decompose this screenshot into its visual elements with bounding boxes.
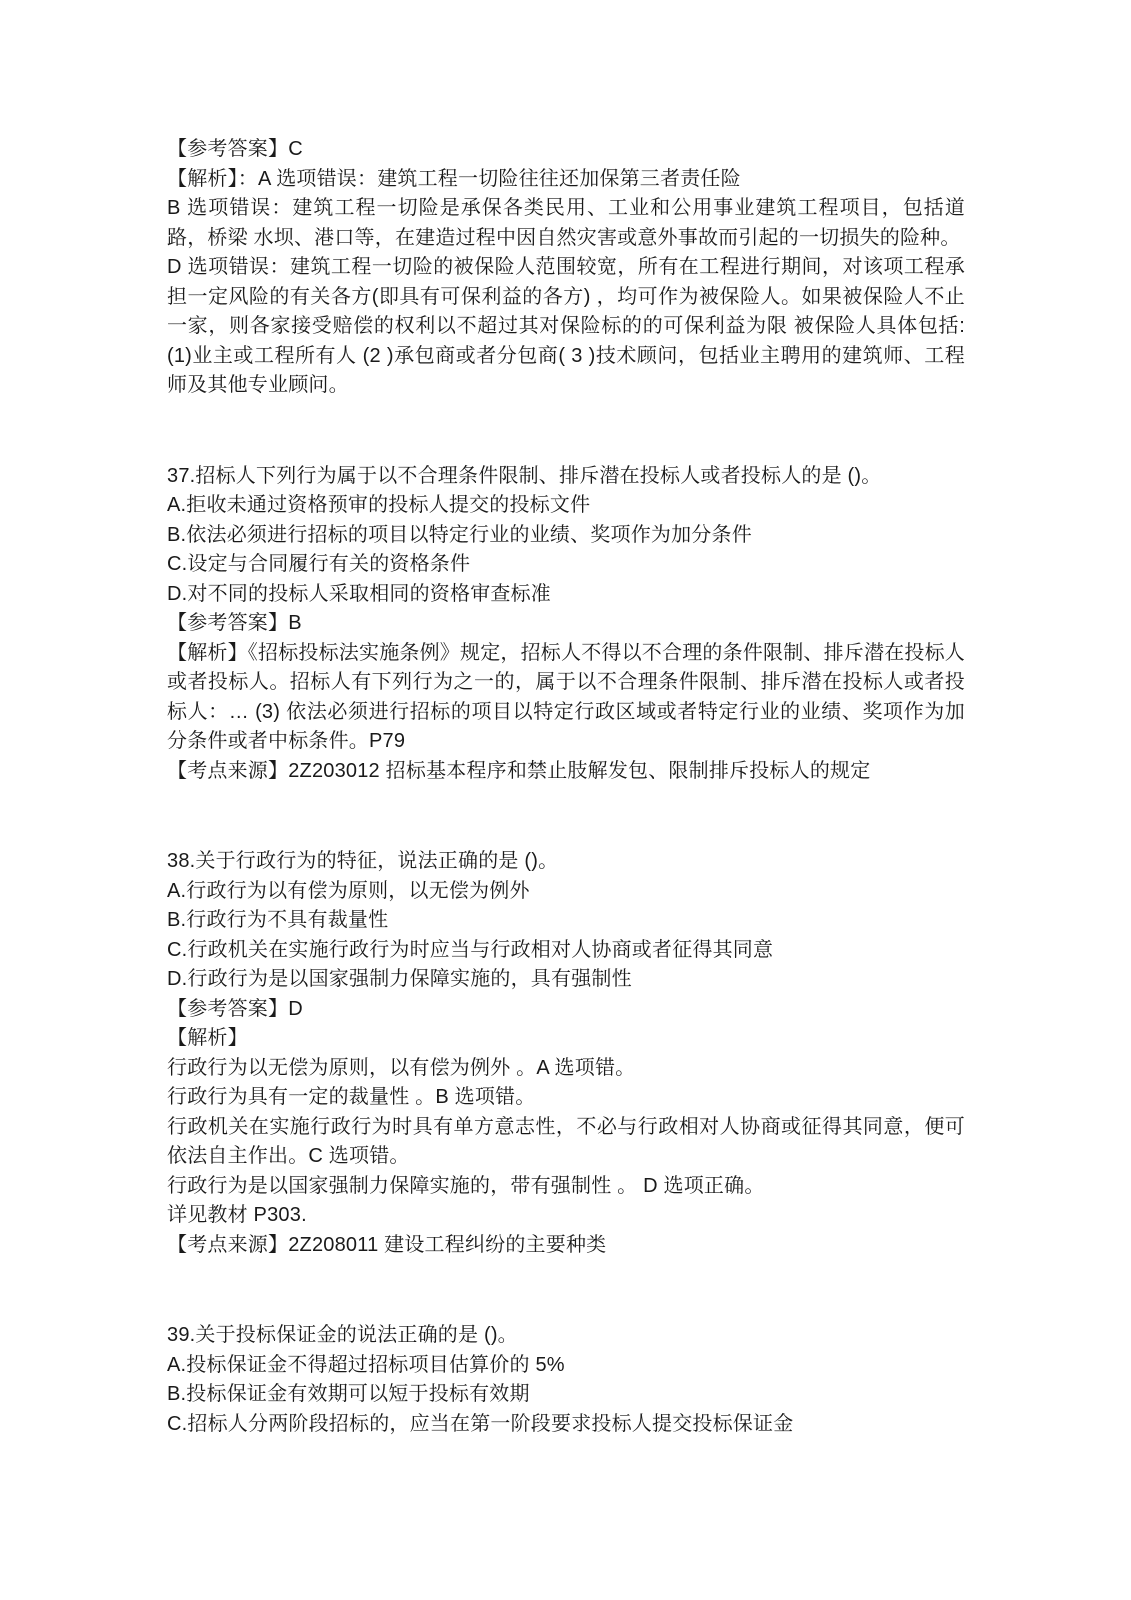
question-37-block: 37.招标人下列行为属于以不合理条件限制、排斥潜在投标人或者投标人的是 ()。 … [167, 462, 965, 787]
q37-option-a: A.拒收未通过资格预审的投标人提交的投标文件 [167, 491, 965, 521]
q37-analysis: 【解析】《招标投标法实施条例》规定，招标人不得以不合理的条件限制、排斥潜在投标人… [167, 639, 965, 757]
q38-analysis-option-d: 行政行为是以国家强制力保障实施的，带有强制性 。 D 选项正确。 [167, 1172, 965, 1202]
q36-reference-answer: 【参考答案】C [167, 135, 965, 165]
q39-stem: 39.关于投标保证金的说法正确的是 ()。 [167, 1321, 965, 1351]
q37-source: 【考点来源】2Z203012 招标基本程序和禁止肢解发包、限制排斥投标人的规定 [167, 757, 965, 787]
q38-source: 【考点来源】2Z208011 建设工程纠纷的主要种类 [167, 1231, 965, 1261]
q38-textbook-reference: 详见教材 P303. [167, 1201, 965, 1231]
question-38-block: 38.关于行政行为的特征，说法正确的是 ()。 A.行政行为以有偿为原则，以无偿… [167, 847, 965, 1260]
q38-analysis-label: 【解析】 [167, 1024, 965, 1054]
q39-option-b: B.投标保证金有效期可以短于投标有效期 [167, 1380, 965, 1410]
q38-option-d: D.行政行为是以国家强制力保障实施的，具有强制性 [167, 965, 965, 995]
q36-analysis-option-b: B 选项错误：建筑工程一切险是承保各类民用、工业和公用事业建筑工程项目，包括道路… [167, 194, 965, 253]
q38-option-b: B.行政行为不具有裁量性 [167, 906, 965, 936]
q37-option-b: B.依法必须进行招标的项目以特定行业的业绩、奖项作为加分条件 [167, 521, 965, 551]
page-content: 【参考答案】C 【解析】：A 选项错误：建筑工程一切险往往还加保第三者责任险 B… [167, 135, 965, 1439]
q37-option-c: C.设定与合同履行有关的资格条件 [167, 550, 965, 580]
q38-analysis-option-a: 行政行为以无偿为原则，以有偿为例外 。A 选项错。 [167, 1054, 965, 1084]
document-page: 【参考答案】C 【解析】：A 选项错误：建筑工程一切险往往还加保第三者责任险 B… [0, 0, 1131, 1600]
q38-analysis-option-c: 行政机关在实施行政行为时具有单方意志性，不必与行政相对人协商或征得其同意，便可依… [167, 1113, 965, 1172]
q39-option-a: A.投标保证金不得超过招标项目估算价的 5% [167, 1351, 965, 1381]
question-39-block: 39.关于投标保证金的说法正确的是 ()。 A.投标保证金不得超过招标项目估算价… [167, 1321, 965, 1439]
q38-stem: 38.关于行政行为的特征，说法正确的是 ()。 [167, 847, 965, 877]
q38-reference-answer: 【参考答案】D [167, 995, 965, 1025]
q37-reference-answer: 【参考答案】B [167, 609, 965, 639]
q37-stem: 37.招标人下列行为属于以不合理条件限制、排斥潜在投标人或者投标人的是 ()。 [167, 462, 965, 492]
q38-option-a: A.行政行为以有偿为原则，以无偿为例外 [167, 877, 965, 907]
q38-option-c: C.行政机关在实施行政行为时应当与行政相对人协商或者征得其同意 [167, 936, 965, 966]
q36-analysis-option-a: 【解析】：A 选项错误：建筑工程一切险往往还加保第三者责任险 [167, 165, 965, 195]
q39-option-c: C.招标人分两阶段招标的，应当在第一阶段要求投标人提交投标保证金 [167, 1410, 965, 1440]
q36-analysis-option-d: D 选项错误：建筑工程一切险的被保险人范围较宽，所有在工程进行期间，对该项工程承… [167, 253, 965, 401]
q36-answer-block: 【参考答案】C 【解析】：A 选项错误：建筑工程一切险往往还加保第三者责任险 B… [167, 135, 965, 401]
q37-option-d: D.对不同的投标人采取相同的资格审查标准 [167, 580, 965, 610]
q38-analysis-option-b: 行政行为具有一定的裁量性 。B 选项错。 [167, 1083, 965, 1113]
